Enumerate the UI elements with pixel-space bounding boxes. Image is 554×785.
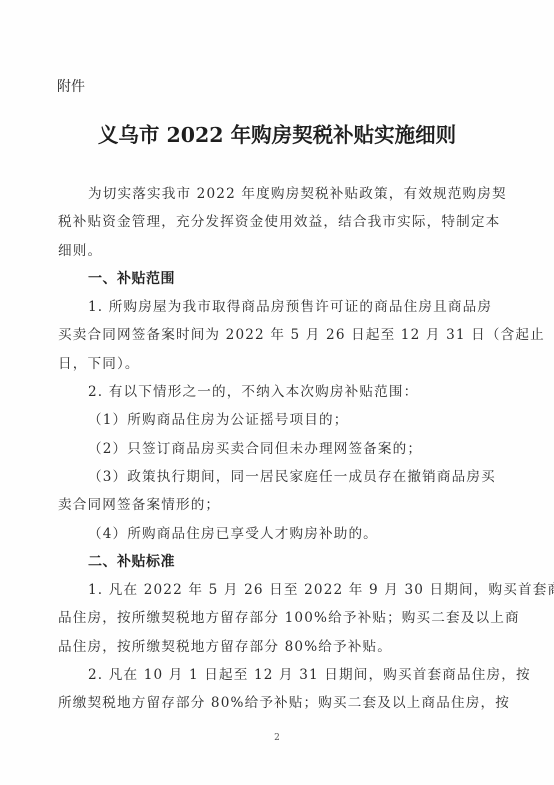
- paragraph-line: 1. 所购房屋为我市取得商品房预售许可证的商品住房且商品房: [58, 293, 506, 321]
- paragraph-line: 税补贴资金管理，充分发挥资金使用效益，结合我市实际，特制定本: [58, 208, 506, 236]
- paragraph-line: 2. 有以下情形之一的，不纳入本次购房补贴范围：: [58, 378, 506, 406]
- document-title: 义乌市 2022 年购房契税补贴实施细则: [0, 118, 554, 148]
- list-item: （2）只签订商品房买卖合同但未办理网签备案的；: [58, 435, 506, 463]
- paragraph-line: 品住房，按所缴契税地方留存部分 100%给予补贴；购买二套及以上商: [58, 604, 506, 632]
- document-body: 为切实落实我市 2022 年度购房契税补贴政策，有效规范购房契 税补贴资金管理，…: [58, 180, 506, 718]
- section-heading: 一、补贴范围: [58, 265, 506, 293]
- paragraph-line: 日，下同）。: [58, 350, 506, 378]
- paragraph-line: 品住房，按所缴契税地方留存部分 80%给予补贴。: [58, 633, 506, 661]
- paragraph-line: 1. 凡在 2022 年 5 月 26 日至 2022 年 9 月 30 日期间…: [58, 576, 506, 604]
- attachment-label: 附件: [57, 76, 85, 96]
- paragraph-line: 为切实落实我市 2022 年度购房契税补贴政策，有效规范购房契: [58, 180, 506, 208]
- list-item: （4）所购商品住房已享受人才购房补助的。: [58, 520, 506, 548]
- section-heading: 二、补贴标准: [58, 548, 506, 576]
- paragraph-line: 细则。: [58, 237, 506, 265]
- list-item: （1）所购商品住房为公证摇号项目的；: [58, 406, 506, 434]
- paragraph-line: 买卖合同网签备案时间为 2022 年 5 月 26 日起至 12 月 31 日（…: [58, 321, 506, 349]
- page-number: 2: [0, 733, 554, 743]
- list-item-continuation: 卖合同网签备案情形的；: [58, 491, 506, 519]
- paragraph-line: 所缴契税地方留存部分 80%给予补贴；购买二套及以上商品住房，按: [58, 689, 506, 717]
- paragraph-line: 2. 凡在 10 月 1 日起至 12 月 31 日期间，购买首套商品住房，按: [58, 661, 506, 689]
- document-page: 附件 义乌市 2022 年购房契税补贴实施细则 为切实落实我市 2022 年度购…: [0, 0, 554, 785]
- list-item: （3）政策执行期间，同一居民家庭任一成员存在撤销商品房买: [58, 463, 506, 491]
